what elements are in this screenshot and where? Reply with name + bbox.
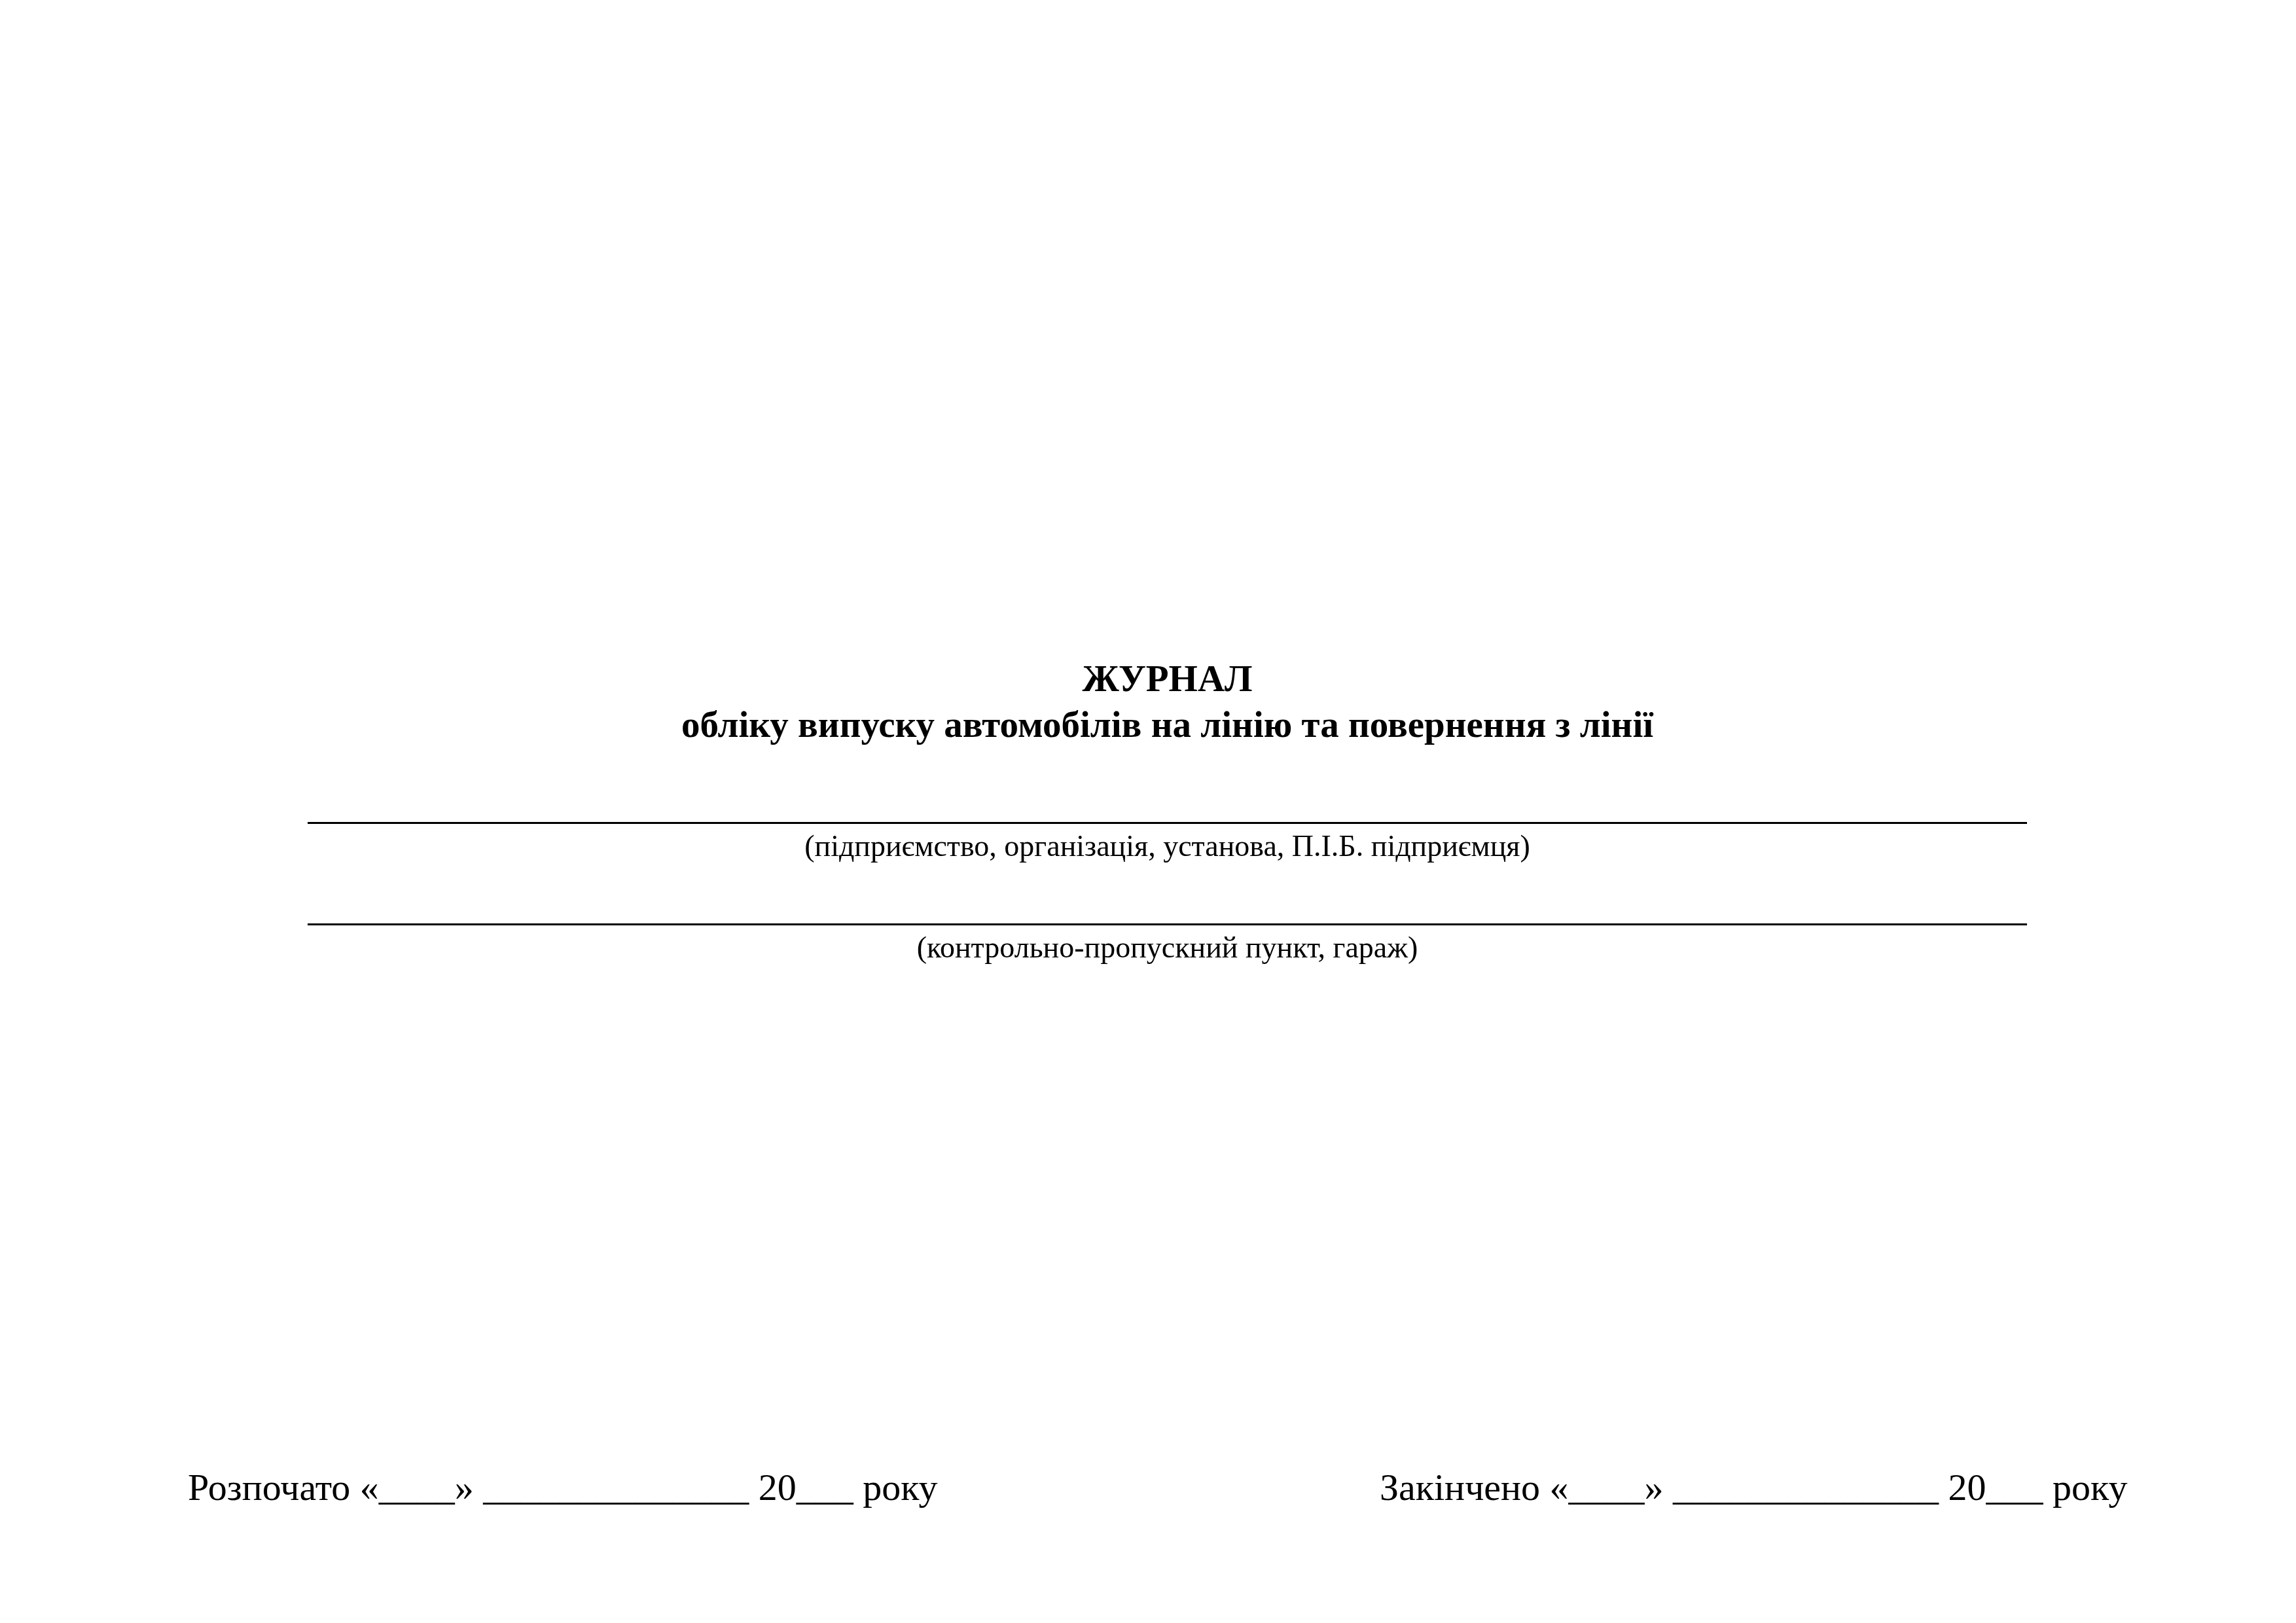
document-title-block: ЖУРНАЛ обліку випуску автомобілів на лін… xyxy=(308,656,2027,748)
started-label: Розпочато xyxy=(188,1466,350,1508)
finished-year-field[interactable]: 20___ xyxy=(1948,1466,2043,1508)
checkpoint-fill-line[interactable] xyxy=(308,923,2027,925)
started-date-row: Розпочато «____» ______________ 20___ ро… xyxy=(188,1466,938,1509)
started-day-field[interactable]: «____» xyxy=(360,1466,474,1508)
finished-label: Закінчено xyxy=(1380,1466,1540,1508)
finished-suffix: року xyxy=(2053,1466,2127,1508)
started-suffix: року xyxy=(863,1466,937,1508)
finished-date-row: Закінчено «____» ______________ 20___ ро… xyxy=(1380,1466,2127,1509)
started-month-field[interactable]: ______________ xyxy=(483,1466,749,1508)
document-subtitle: обліку випуску автомобілів на лінію та п… xyxy=(308,702,2027,748)
started-year-field[interactable]: 20___ xyxy=(759,1466,853,1508)
document-title: ЖУРНАЛ xyxy=(308,656,2027,702)
organization-caption: (підприємство, організація, установа, П.… xyxy=(308,829,2027,863)
finished-month-field[interactable]: ______________ xyxy=(1673,1466,1939,1508)
finished-day-field[interactable]: «____» xyxy=(1550,1466,1664,1508)
checkpoint-caption: (контрольно-пропускний пункт, гараж) xyxy=(308,931,2027,965)
document-page: ЖУРНАЛ обліку випуску автомобілів на лін… xyxy=(0,0,2296,1623)
organization-fill-line[interactable] xyxy=(308,822,2027,824)
